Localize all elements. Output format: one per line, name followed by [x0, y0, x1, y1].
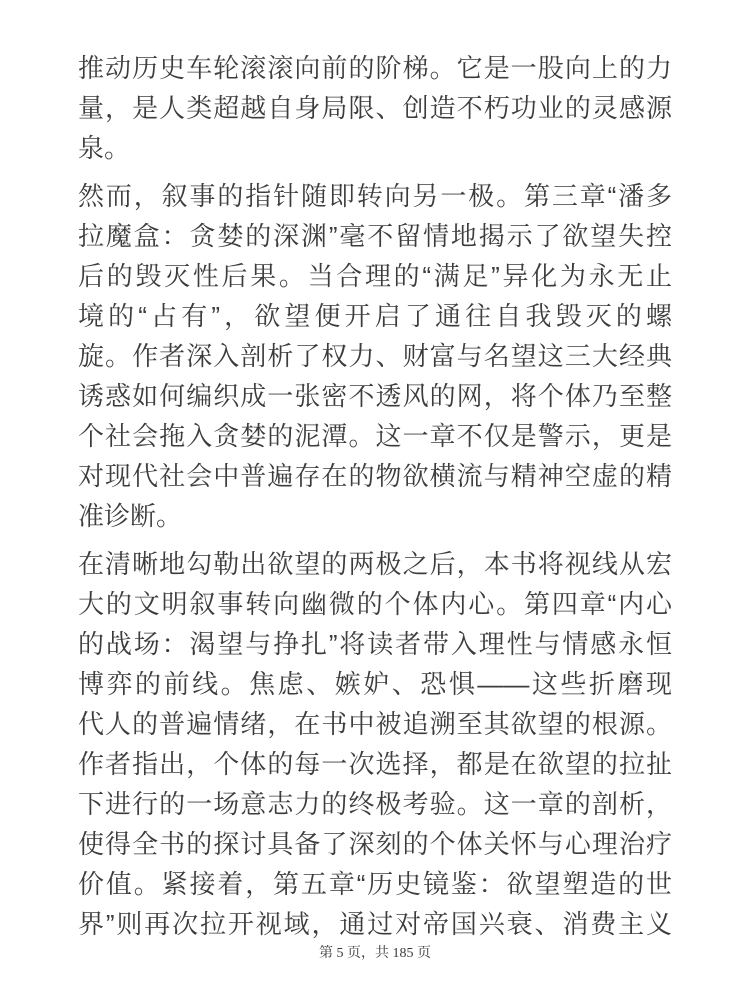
- text-line: 旋。作者深入剖析了权力、财富与名望这三大经典: [78, 336, 672, 376]
- paragraph: 推动历史车轮滚滚向前的阶梯。它是一股向上的力量，是人类超越自身局限、创造不朽功业…: [78, 48, 672, 168]
- text-line: 界”则再次拉开视域，通过对帝国兴衰、消费主义: [78, 904, 672, 944]
- paragraph: 在清晰地勾勒出欲望的两极之后，本书将视线从宏大的文明叙事转向幽微的个体内心。第四…: [78, 544, 672, 944]
- text-line: 后的毁灭性后果。当合理的“满足”异化为永无止: [78, 256, 672, 296]
- text-line: 价值。紧接着，第五章“历史镜鉴：欲望塑造的世: [78, 864, 672, 904]
- text-line: 对现代社会中普遍存在的物欲横流与精神空虚的精: [78, 456, 672, 496]
- text-line: 泉。: [78, 128, 672, 168]
- page-number-footer: 第 5 页，共 185 页: [0, 944, 750, 964]
- text-line: 下进行的一场意志力的终极考验。这一章的剖析，: [78, 784, 672, 824]
- text-line: 境的“占有”，欲望便开启了通往自我毁灭的螺: [78, 296, 672, 336]
- text-line: 个社会拖入贪婪的泥潭。这一章不仅是警示，更是: [78, 416, 672, 456]
- text-line: 拉魔盒：贪婪的深渊”毫不留情地揭示了欲望失控: [78, 216, 672, 256]
- text-line: 量，是人类超越自身局限、创造不朽功业的灵感源: [78, 88, 672, 128]
- text-line: 大的文明叙事转向幽微的个体内心。第四章“内心: [78, 584, 672, 624]
- paragraph: 然而，叙事的指针随即转向另一极。第三章“潘多拉魔盒：贪婪的深渊”毫不留情地揭示了…: [78, 176, 672, 536]
- text-line: 使得全书的探讨具备了深刻的个体关怀与心理治疗: [78, 824, 672, 864]
- text-line: 代人的普遍情绪，在书中被追溯至其欲望的根源。: [78, 704, 672, 744]
- text-line: 作者指出，个体的每一次选择，都是在欲望的拉扯: [78, 744, 672, 784]
- text-line: 的战场：渴望与挣扎”将读者带入理性与情感永恒: [78, 624, 672, 664]
- text-line: 然而，叙事的指针随即转向另一极。第三章“潘多: [78, 176, 672, 216]
- text-line: 推动历史车轮滚滚向前的阶梯。它是一股向上的力: [78, 48, 672, 88]
- text-line: 博弈的前线。焦虑、嫉妒、恐惧——这些折磨现: [78, 664, 672, 704]
- text-line: 诱惑如何编织成一张密不透风的网，将个体乃至整: [78, 376, 672, 416]
- document-page: 推动历史车轮滚滚向前的阶梯。它是一股向上的力量，是人类超越自身局限、创造不朽功业…: [0, 0, 750, 1000]
- text-line: 在清晰地勾勒出欲望的两极之后，本书将视线从宏: [78, 544, 672, 584]
- document-body: 推动历史车轮滚滚向前的阶梯。它是一股向上的力量，是人类超越自身局限、创造不朽功业…: [78, 48, 672, 944]
- text-line: 准诊断。: [78, 496, 672, 536]
